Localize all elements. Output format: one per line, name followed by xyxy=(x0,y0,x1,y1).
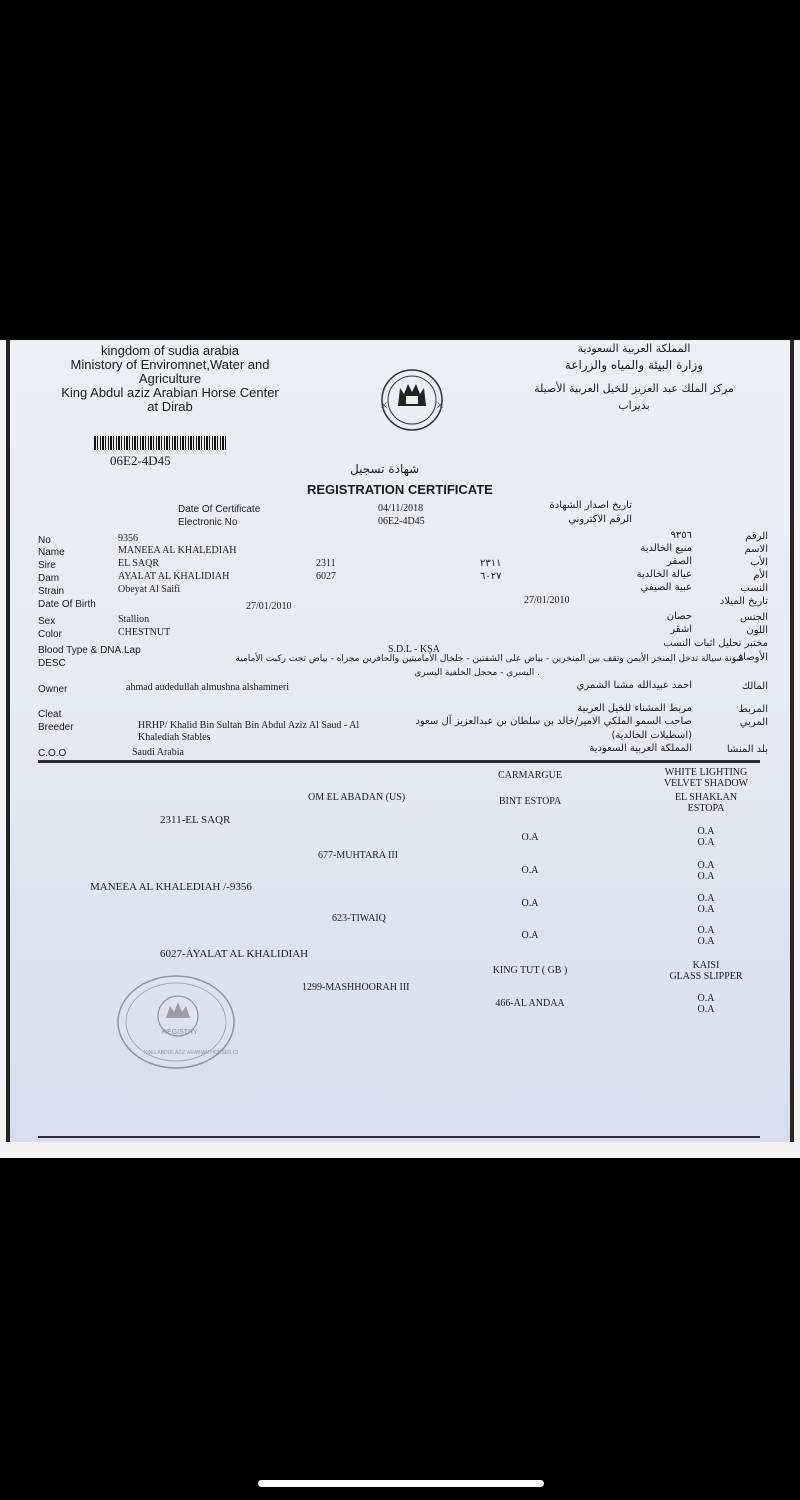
pedigree-gen3: O.A xyxy=(480,898,580,909)
document-photo: kingdom of sudia arabia Ministory of Env… xyxy=(0,340,800,1158)
sex-label-ar: الجنس xyxy=(740,612,768,623)
pedigree-gen4: O.AO.A xyxy=(646,925,766,947)
desc-value-line2: . اليسرى - محجل الخلفية اليسرى xyxy=(414,668,540,678)
desc-label-ar: الأوصاف xyxy=(733,652,768,663)
pedigree-sire: 2311-EL SAQR xyxy=(160,814,230,826)
breeder-value: HRHP/ Khalid Bin Sultan Bin Abdul Aziz A… xyxy=(138,720,359,731)
pedigree-dam: 6027-AYALAT AL KHALIDIAH xyxy=(160,948,308,960)
sire-number-ar: ٢٣١١ xyxy=(480,558,501,569)
barcode xyxy=(94,436,226,450)
dam-number: 6027 xyxy=(316,571,336,582)
no-value: 9356 xyxy=(118,533,138,544)
date-of-certificate-label-ar: تاريخ اصدار الشهادة xyxy=(550,500,632,511)
dam-number-ar: ٦٠٢٧ xyxy=(480,571,501,582)
pedigree-gen3: BINT ESTOPA xyxy=(480,796,580,807)
title-arabic: شهادة تسجيل xyxy=(350,462,419,476)
strain-label: Strain xyxy=(38,586,64,597)
breeder-value-ar-line2: (اسطبلات الخالدية) xyxy=(611,730,692,741)
dam-label-ar: الأم xyxy=(753,570,768,581)
header-line: Agriculture xyxy=(40,372,300,386)
cleat-label-ar: المربط xyxy=(739,704,768,715)
owner-value-ar: احمد عبيدالله مشنا الشمري xyxy=(577,680,693,691)
electronic-no-value: 06E2-4D45 xyxy=(378,516,425,527)
pedigree-gen3: O.A xyxy=(480,865,580,876)
color-value: CHESTNUT xyxy=(118,627,170,638)
pedigree-gen4: EL SHAKLANESTOPA xyxy=(646,792,766,814)
sex-value: Stallion xyxy=(118,614,149,625)
name-label-ar: الاسم xyxy=(744,544,768,555)
no-label-ar: الرقم xyxy=(745,531,768,542)
header-line: بديراب xyxy=(514,397,754,414)
pedigree-gen3: CARMARGUE xyxy=(480,770,580,781)
pedigree-gen4: O.AO.A xyxy=(646,826,766,848)
pedigree-gen4: O.AO.A xyxy=(646,893,766,915)
breeder-value-line2: Khalediah Stables xyxy=(138,732,210,743)
header-arabic: المملكة العربية السعودية وزارة البيئة وا… xyxy=(514,340,754,414)
pedigree-gen3: 466-AL ANDAA xyxy=(480,998,580,1009)
no-label: No xyxy=(38,535,51,546)
pedigree-gen3: O.A xyxy=(480,832,580,843)
header-line: kingdom of sudia arabia xyxy=(40,344,300,358)
sire-label: Sire xyxy=(38,560,56,571)
dob-label: Date Of Birth xyxy=(38,599,96,610)
sire-number: 2311 xyxy=(316,558,336,569)
electronic-no-label: Electronic No xyxy=(178,517,237,528)
barcode-text: 06E2-4D45 xyxy=(110,453,171,469)
pedigree-gen4: WHITE LIGHTINGVELVET SHADOW xyxy=(646,767,766,789)
svg-text:⚔: ⚔ xyxy=(380,400,388,410)
coo-label: C.O.O xyxy=(38,748,66,759)
bottom-rule xyxy=(38,1136,760,1138)
dob-value: 27/01/2010 xyxy=(246,601,292,612)
pedigree-gen4: O.AO.A xyxy=(646,993,766,1015)
pedigree-gen4: KAISIGLASS SLIPPER xyxy=(646,960,766,982)
pedigree-sire-dam: 677-MUHTARA III xyxy=(318,850,398,861)
pedigree-gen3: O.A xyxy=(480,930,580,941)
divider xyxy=(38,760,760,763)
sex-label: Sex xyxy=(38,616,55,627)
sire-value-ar: الصقر xyxy=(667,556,692,567)
pedigree-gen4: O.AO.A xyxy=(646,860,766,882)
name-value-ar: منيع الخالدية xyxy=(640,543,692,554)
owner-label: Owner xyxy=(38,684,67,695)
title-english: REGISTRATION CERTIFICATE xyxy=(307,482,493,497)
electronic-no-label-ar: الرقم الاكتروني xyxy=(568,514,632,525)
sire-label-ar: الأب xyxy=(750,557,768,568)
header-line: at Dirab xyxy=(40,400,300,414)
color-value-ar: اشقر xyxy=(670,624,692,635)
cleat-label: Cleat xyxy=(38,709,61,720)
pedigree-dam-sire: 623-TIWAIQ xyxy=(332,913,386,924)
coo-value: Saudi Arabia xyxy=(132,747,184,758)
sire-value: EL SAQR xyxy=(118,558,159,569)
name-label: Name xyxy=(38,547,65,558)
dam-label: Dam xyxy=(38,573,59,584)
strain-value: Obeyat Al Saifi xyxy=(118,584,180,595)
registry-stamp-icon: REGISTRY KING ABDUL AZIZ ARABIAN HORSES … xyxy=(114,972,238,1072)
desc-value-line1: صونة سيالة تدخل المنخر الأيمن وتقف بين ا… xyxy=(235,654,744,664)
header-line: وزارة البيئة والمياه والزراعة xyxy=(514,357,754,374)
ministry-seal-icon: ⚔ ⚔ xyxy=(370,358,454,442)
svg-text:KING ABDUL AZIZ ARABIAN HORSES: KING ABDUL AZIZ ARABIAN HORSES CENTER AT… xyxy=(144,1050,238,1056)
pedigree-gen3: KING TUT ( GB ) xyxy=(480,965,580,976)
blood-type-label: Blood Type & DNA.Lap xyxy=(38,645,141,656)
blood-type-label-ar: مختبر تحليل اثبات النسب xyxy=(663,638,768,649)
cleat-value-ar: مربط المشناء للخيل العربية xyxy=(577,703,692,714)
header-line: Ministory of Enviromnet,Water and xyxy=(40,358,300,372)
desc-label: DESC xyxy=(38,658,66,669)
pedigree-horse: MANEEA AL KHALEDIAH /-9356 xyxy=(90,881,252,893)
coo-label-ar: بلد المنشا xyxy=(727,744,768,755)
svg-text:⚔: ⚔ xyxy=(436,400,444,410)
name-value: MANEEA AL KHALEDIAH xyxy=(118,545,237,556)
dam-value: AYALAT AL KHALIDIAH xyxy=(118,571,229,582)
registration-certificate: kingdom of sudia arabia Ministory of Env… xyxy=(6,340,794,1142)
breeder-value-ar: صاحب السمو الملكي الامير/خالد بن سلطان ب… xyxy=(415,716,692,727)
no-value-ar: ٩٣٥٦ xyxy=(671,530,692,541)
pedigree-dam-dam: 1299-MASHHOORAH III xyxy=(302,982,410,993)
header-english: kingdom of sudia arabia Ministory of Env… xyxy=(40,344,300,414)
header-line: King Abdul aziz Arabian Horse Center xyxy=(40,386,300,400)
svg-text:REGISTRY: REGISTRY xyxy=(162,1029,198,1036)
date-of-certificate-value: 04/11/2018 xyxy=(378,503,423,514)
strain-value-ar: عبية الصيفي xyxy=(641,582,692,593)
date-of-certificate-label: Date Of Certificate xyxy=(178,504,260,515)
sex-value-ar: حصان xyxy=(667,611,692,622)
dob-label-ar: تاريخ الميلاد xyxy=(720,596,768,607)
home-indicator[interactable] xyxy=(258,1480,544,1487)
color-label: Color xyxy=(38,629,62,640)
coo-value-ar: المملكة العربية السعودية xyxy=(589,743,692,754)
header-line: مركز الملك عبد العزيز للخيل العربية الأص… xyxy=(514,380,754,397)
breeder-label: Breeder xyxy=(38,722,74,733)
owner-label-ar: المالك xyxy=(742,681,768,692)
breeder-label-ar: المربي xyxy=(740,717,768,728)
color-label-ar: اللون xyxy=(746,625,768,636)
strain-label-ar: النسب xyxy=(740,583,768,594)
owner-value: ahmad audedullah almushna alshammeri xyxy=(126,682,289,693)
dob-value-ar: 27/01/2010 xyxy=(524,595,570,606)
dam-value-ar: عيالة الخالدية xyxy=(637,569,692,580)
pedigree-sire-sire: OM EL ABADAN (US) xyxy=(308,792,405,803)
header-line: المملكة العربية السعودية xyxy=(514,340,754,357)
